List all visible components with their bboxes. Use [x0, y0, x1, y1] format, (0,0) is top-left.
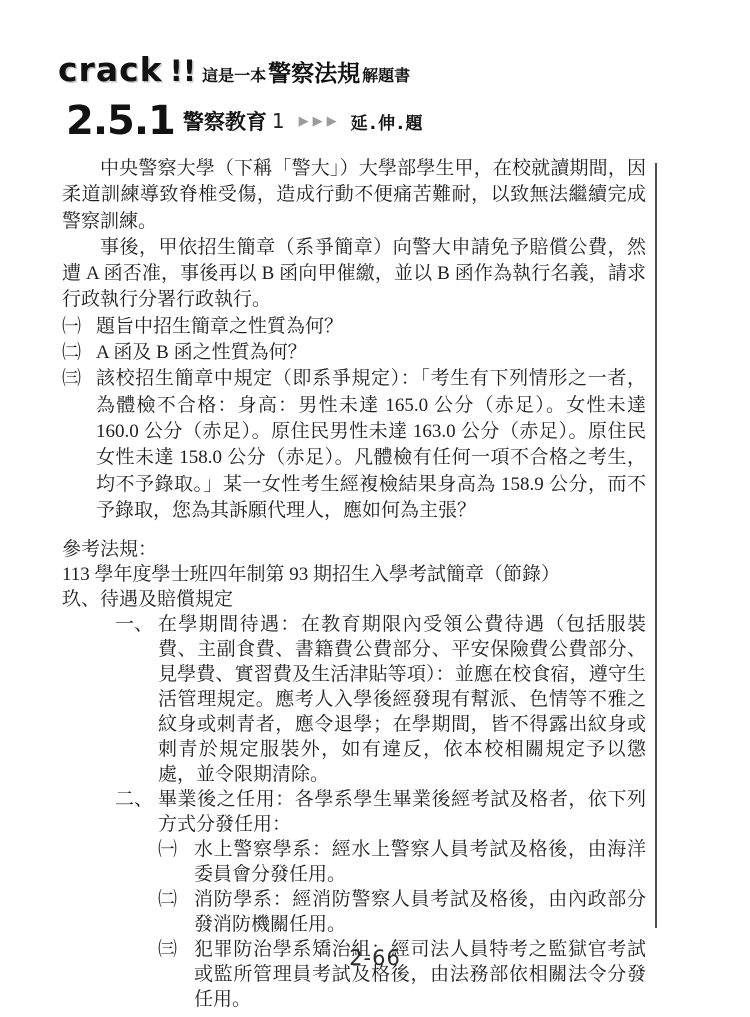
- reference-subitem-marker: ㈡: [158, 887, 194, 937]
- logo-subtitle-main: 警察法規: [268, 55, 360, 88]
- subquestion-text: 題旨中招生簡章之性質為何？: [96, 314, 646, 340]
- book-page: crack !! 這是一本 警察法規 解題書 2.5.1 警察教育 1 ▶▶▶ …: [0, 0, 750, 1017]
- subquestion-text: 該校招生簡章中規定（即系爭規定）：「考生有下列情形之一者，為體檢不合格：身高：男…: [96, 366, 646, 524]
- section-tag: 延.伸.題: [351, 109, 425, 134]
- question-paragraph: 中央警察大學（下稱「警大」）大學部學生甲，在校就讀期間，因柔道訓練導致脊椎受傷，…: [62, 156, 646, 235]
- reference-source: 113 學年度學士班四年制第 93 期招生入學考試簡章（節錄）: [62, 562, 646, 587]
- reference-title: 參考法規：: [62, 537, 646, 562]
- text-block-rule: [655, 163, 657, 928]
- section-number: 2.5.1: [66, 101, 175, 141]
- subquestion-item: ㈡ A 函及 B 函之性質為何？: [62, 340, 646, 366]
- page-number: 2-66: [0, 946, 750, 970]
- reference-item: 一、 在學期間待遇：在教育期限內受領公費待遇（包括服裝費、主副食費、書籍費公費部…: [115, 612, 646, 787]
- logo-crack-text: crack: [58, 50, 163, 89]
- reference-item-text: 畢業後之任用：各學系學生畢業後經考試及格者，依下列方式分發任用：: [158, 789, 646, 835]
- logo-subtitle-prefix: 這是一本: [202, 63, 266, 86]
- question-paragraph: 事後，甲依招生簡章（系爭簡章）向警大申請免予賠償公費，然遭 A 函否准，事後再以…: [62, 235, 646, 314]
- subquestion-item: ㈠ 題旨中招生簡章之性質為何？: [62, 314, 646, 340]
- subquestion-item: ㈢ 該校招生簡章中規定（即系爭規定）：「考生有下列情形之一者，為體檢不合格：身高…: [62, 366, 646, 524]
- page-content: 中央警察大學（下稱「警大」）大學部學生甲，在校就讀期間，因柔道訓練導致脊椎受傷，…: [62, 156, 646, 1012]
- section-heading: 2.5.1 警察教育 1 ▶▶▶ 延.伸.題: [66, 101, 425, 141]
- logo-subtitle-suffix: 解題書: [362, 63, 410, 86]
- reference-chapter: 玖、待遇及賠償規定: [62, 587, 646, 612]
- triple-arrow-icon: ▶▶▶: [299, 114, 341, 129]
- reference-subitem: ㈡ 消防學系：經消防警察人員考試及格後，由內政部分發消防機關任用。: [158, 887, 646, 937]
- reference-subitem-text: 消防學系：經消防警察人員考試及格後，由內政部分發消防機關任用。: [194, 887, 646, 937]
- reference-item-marker: 一、: [115, 612, 158, 787]
- reference-subitem: ㈠ 水上警察學系：經水上警察人員考試及格後，由海洋委員會分發任用。: [158, 837, 646, 887]
- subquestion-marker: ㈢: [62, 366, 96, 524]
- section-index: 1: [272, 109, 285, 133]
- subquestion-text: A 函及 B 函之性質為何？: [96, 340, 646, 366]
- reference-item-body: 畢業後之任用：各學系學生畢業後經考試及格者，依下列方式分發任用： ㈠ 水上警察學…: [158, 787, 646, 1012]
- logo-exclamation-icon: !!: [170, 54, 196, 88]
- book-logo: crack !! 這是一本 警察法規 解題書: [58, 50, 410, 89]
- reference-item-text: 在學期間待遇：在教育期限內受領公費待遇（包括服裝費、主副食費、書籍費公費部分、平…: [158, 612, 646, 787]
- subquestion-marker: ㈡: [62, 340, 96, 366]
- reference-item-marker: 二、: [115, 787, 158, 1012]
- reference-item: 二、 畢業後之任用：各學系學生畢業後經考試及格者，依下列方式分發任用： ㈠ 水上…: [115, 787, 646, 1012]
- section-title: 警察教育: [183, 106, 267, 136]
- reference-subitem-marker: ㈠: [158, 837, 194, 887]
- reference-subitem-text: 水上警察學系：經水上警察人員考試及格後，由海洋委員會分發任用。: [194, 837, 646, 887]
- question-block: 中央警察大學（下稱「警大」）大學部學生甲，在校就讀期間，因柔道訓練導致脊椎受傷，…: [62, 156, 646, 524]
- reference-block: 參考法規： 113 學年度學士班四年制第 93 期招生入學考試簡章（節錄） 玖、…: [62, 537, 646, 1012]
- subquestion-marker: ㈠: [62, 314, 96, 340]
